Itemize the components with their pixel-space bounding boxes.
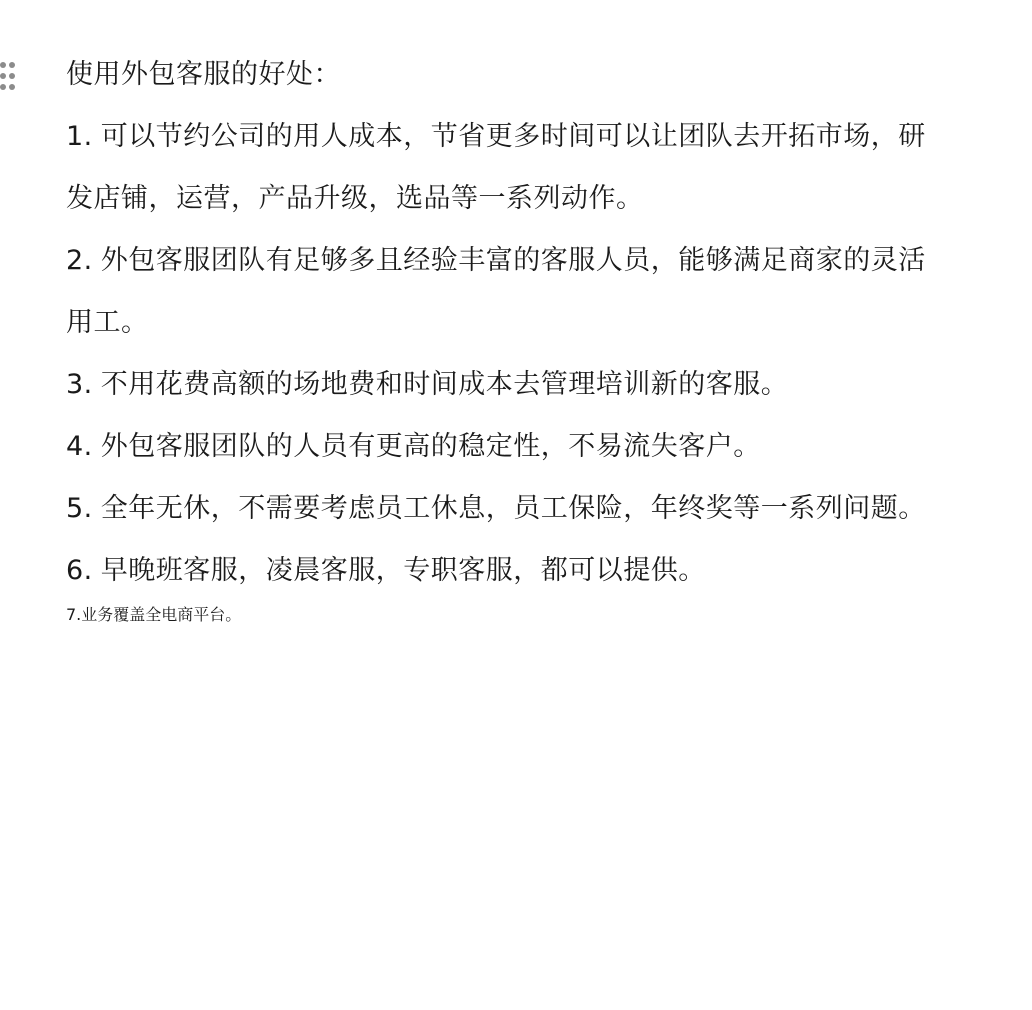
list-number: 4. [66,431,93,462]
drag-handle-icon[interactable] [0,62,14,90]
list-item-6[interactable]: 6.早晚班客服，凌晨客服，专职客服，都可以提供。 [66,540,936,602]
list-item-text: 早晚班客服，凌晨客服，专职客服，都可以提供。 [101,555,706,586]
drag-dot [9,73,15,79]
list-item-5[interactable]: 5.全年无休，不需要考虑员工休息，员工保险，年终奖等一系列问题。 [66,478,936,540]
list-item-text: 外包客服团队有足够多且经验丰富的客服人员，能够满足商家的灵活用工。 [66,245,926,338]
list-number: 2. [66,245,93,276]
list-number: 3. [66,369,93,400]
heading-text: 使用外包客服的好处： [66,59,341,90]
drag-dot [0,62,6,68]
drag-dot [9,62,15,68]
drag-dot [0,84,6,90]
list-number: 7. [66,605,81,624]
list-item-text: 全年无休，不需要考虑员工休息，员工保险，年终奖等一系列问题。 [101,493,926,524]
list-item-text: 业务覆盖全电商平台。 [81,605,241,624]
list-number: 1. [66,121,93,152]
heading-paragraph[interactable]: 使用外包客服的好处： [66,44,936,106]
list-item-2[interactable]: 2.外包客服团队有足够多且经验丰富的客服人员，能够满足商家的灵活用工。 [66,230,936,354]
list-item-text: 外包客服团队的人员有更高的稳定性，不易流失客户。 [101,431,761,462]
list-item-4[interactable]: 4.外包客服团队的人员有更高的稳定性，不易流失客户。 [66,416,936,478]
drag-dot [9,84,15,90]
list-item-1[interactable]: 1.可以节约公司的用人成本，节省更多时间可以让团队去开拓市场，研发店铺，运营，产… [66,106,936,230]
document-body[interactable]: 使用外包客服的好处： 1.可以节约公司的用人成本，节省更多时间可以让团队去开拓市… [66,44,936,641]
drag-dot [0,73,6,79]
list-item-text: 可以节约公司的用人成本，节省更多时间可以让团队去开拓市场，研发店铺，运营，产品升… [66,121,926,214]
list-item-3[interactable]: 3.不用花费高额的场地费和时间成本去管理培训新的客服。 [66,354,936,416]
list-item-text: 不用花费高额的场地费和时间成本去管理培训新的客服。 [101,369,789,400]
list-number: 6. [66,555,93,586]
list-number: 5. [66,493,93,524]
